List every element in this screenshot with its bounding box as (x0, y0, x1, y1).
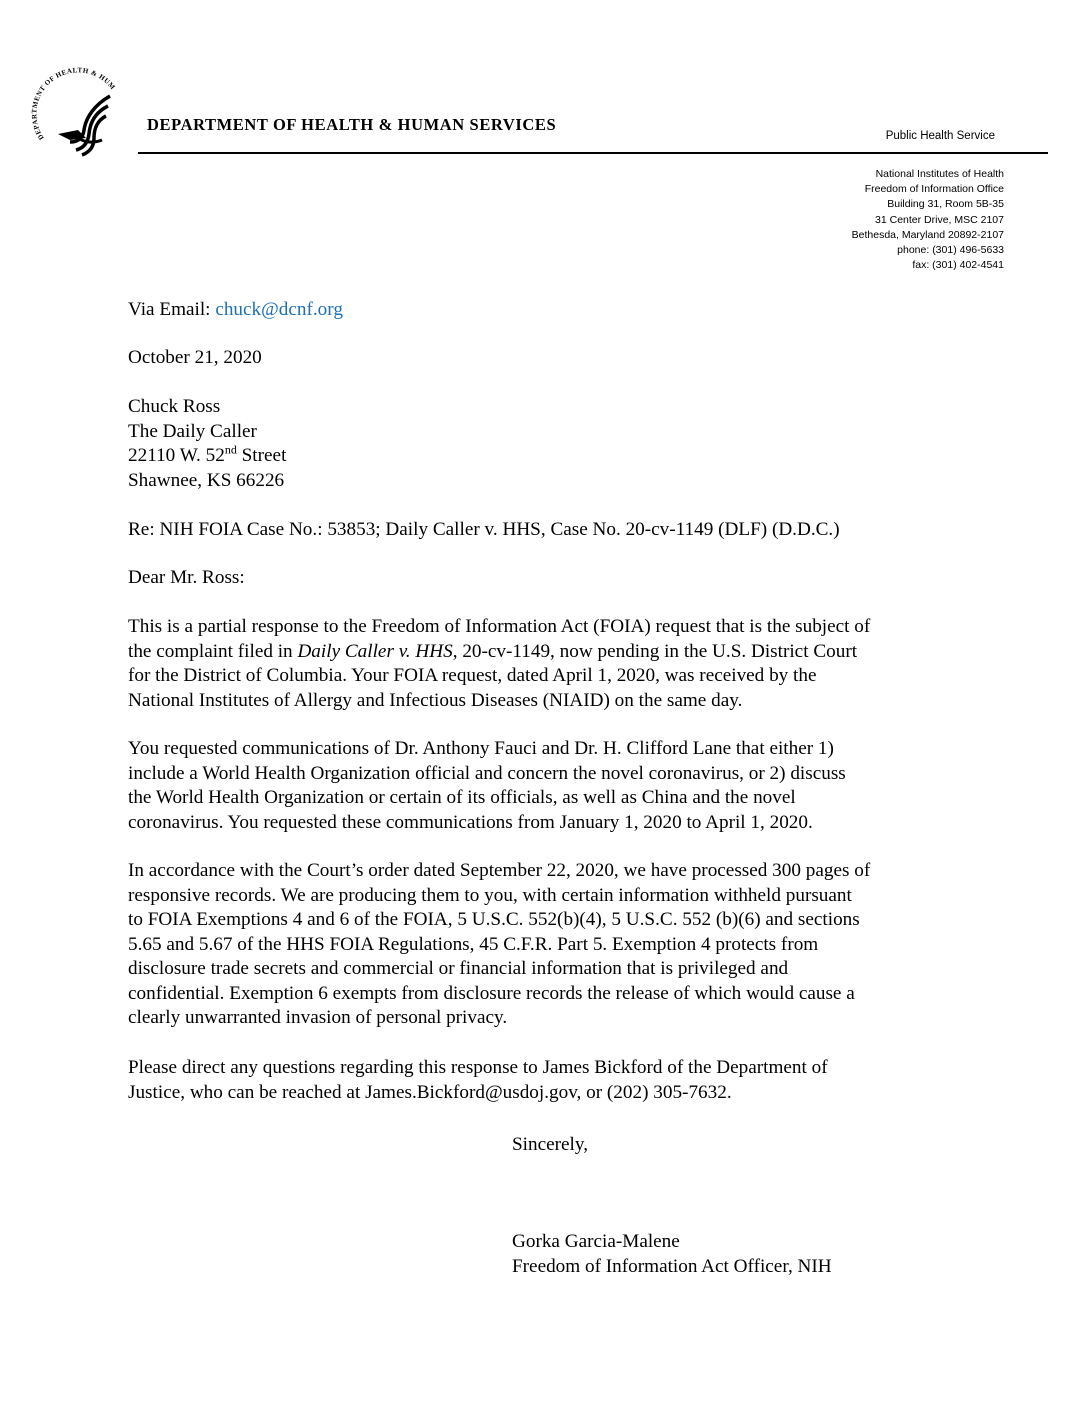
paragraph-line: to FOIA Exemptions 4 and 6 of the FOIA, … (128, 908, 928, 933)
paragraph-line: responsive records. We are producing the… (128, 884, 928, 909)
paragraph-request-scope: You requested communications of Dr. Anth… (128, 737, 928, 835)
street-number: 22110 W. 52 (128, 445, 225, 466)
paragraph-line: This is a partial response to the Freedo… (128, 615, 928, 640)
closing: Sincerely, (512, 1133, 588, 1158)
paragraph-contact: Please direct any questions regarding th… (128, 1056, 928, 1105)
text-run: , 20-cv-1149, now pending in the U.S. Di… (453, 641, 857, 662)
delivery-label: Via Email: (128, 299, 215, 320)
signer-title: Freedom of Information Act Officer, NIH (512, 1255, 832, 1280)
text-run: the complaint filed in (128, 641, 297, 662)
recipient-street: 22110 W. 52nd Street (128, 444, 286, 469)
recipient-name: Chuck Ross (128, 395, 286, 420)
paragraph-line: Justice, who can be reached at James.Bic… (128, 1081, 928, 1106)
paragraph-line: for the District of Columbia. Your FOIA … (128, 664, 928, 689)
paragraph-line: confidential. Exemption 6 exempts from d… (128, 982, 928, 1007)
recipient-city-state-zip: Shawnee, KS 66226 (128, 469, 286, 494)
recipient-organization: The Daily Caller (128, 420, 286, 445)
letter-date: October 21, 2020 (128, 346, 262, 371)
recipient-email-link[interactable]: chuck@dcnf.org (215, 299, 343, 320)
office-fax: fax: (301) 402-4541 (852, 258, 1004, 273)
office-address-line: Freedom of Information Office (852, 182, 1004, 197)
street-name: Street (237, 445, 287, 466)
salutation: Dear Mr. Ross: (128, 566, 245, 591)
paragraph-line: clearly unwarranted invasion of personal… (128, 1006, 928, 1031)
paragraph-line: disclosure trade secrets and commercial … (128, 957, 928, 982)
signature-block: Gorka Garcia-Malene Freedom of Informati… (512, 1230, 832, 1279)
department-title: DEPARTMENT OF HEALTH & HUMAN SERVICES (147, 115, 556, 135)
paragraph-line: the complaint filed in Daily Caller v. H… (128, 640, 928, 665)
paragraph-line: In accordance with the Court’s order dat… (128, 859, 928, 884)
office-address-line: 31 Center Drive, MSC 2107 (852, 213, 1004, 228)
subject-line: Re: NIH FOIA Case No.: 53853; Daily Call… (128, 518, 840, 543)
paragraph-line: Please direct any questions regarding th… (128, 1056, 928, 1081)
public-health-service-label: Public Health Service (886, 130, 995, 142)
signer-name: Gorka Garcia-Malene (512, 1230, 832, 1255)
office-address-block: National Institutes of Health Freedom of… (852, 167, 1004, 273)
paragraph-line: National Institutes of Allergy and Infec… (128, 689, 928, 714)
hhs-eagle-seal-icon: DEPARTMENT OF HEALTH & HUMAN SERVICES·US… (26, 60, 126, 160)
office-address-line: Bethesda, Maryland 20892-2107 (852, 228, 1004, 243)
recipient-address: Chuck Ross The Daily Caller 22110 W. 52n… (128, 395, 286, 493)
hhs-seal-logo: DEPARTMENT OF HEALTH & HUMAN SERVICES·US… (26, 60, 126, 160)
paragraph-line: the World Health Organization or certain… (128, 786, 928, 811)
street-ordinal: nd (225, 443, 237, 457)
paragraph-line: include a World Health Organization offi… (128, 762, 928, 787)
office-phone: phone: (301) 496-5633 (852, 243, 1004, 258)
paragraph-partial-response: This is a partial response to the Freedo… (128, 615, 928, 713)
office-address-line: Building 31, Room 5B-35 (852, 197, 1004, 212)
paragraph-line: You requested communications of Dr. Anth… (128, 737, 928, 762)
case-name-italic: Daily Caller v. HHS (297, 641, 452, 662)
paragraph-line: coronavirus. You requested these communi… (128, 811, 928, 836)
paragraph-line: 5.65 and 5.67 of the HHS FOIA Regulation… (128, 933, 928, 958)
letterhead-divider (138, 152, 1048, 154)
office-address-line: National Institutes of Health (852, 167, 1004, 182)
delivery-method: Via Email: chuck@dcnf.org (128, 298, 343, 323)
paragraph-exemptions: In accordance with the Court’s order dat… (128, 859, 928, 1031)
